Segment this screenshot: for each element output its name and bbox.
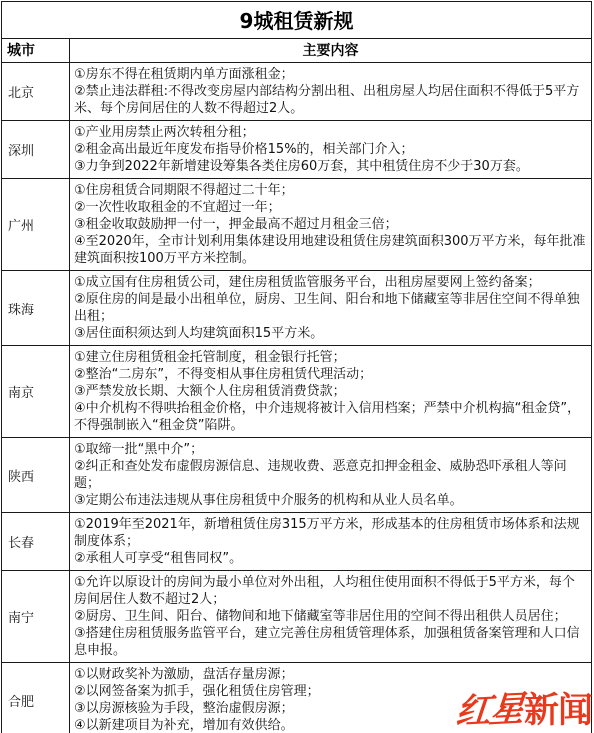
city-label: 北京 (8, 86, 34, 101)
city-label: 长春 (8, 536, 34, 551)
content-cell: ①以财政奖补为激励，盘活存量房源； ②以网签备案为抓手，强化租赁住房管理； ③以… (70, 663, 592, 733)
city-cell: 深圳 (2, 121, 70, 179)
content-cell: ①2019年至2021年，新增租赁住房315万平方米，形成基本的住房租赁市场体系… (70, 513, 592, 571)
city-label: 珠海 (8, 303, 34, 318)
page-title: 9城租赁新规 (2, 2, 592, 39)
content-cell: ①建立住房租赁租金托管制度，租金银行托管； ②整治“二房东”，不得变相从事住房租… (70, 346, 592, 438)
title-row: 9城租赁新规 (2, 2, 592, 39)
city-cell: 南京 (2, 346, 70, 438)
content-cell: ①产业用房禁止两次转租分租； ②租金高出最近年度发布指导价格15%的，相关部门介… (70, 121, 592, 179)
content-text: ①房东不得在租赁期内单方面涨租金； ②禁止违法群租:不得改变房屋内部结构分割出租… (74, 66, 586, 117)
city-label: 南宁 (8, 611, 34, 626)
header-row: 城市 主要内容 (2, 39, 592, 63)
city-cell: 珠海 (2, 271, 70, 346)
content-text: ①允许以原设计的房间为最小单位对外出租，人均租住使用面积不得低于5平方米，每个房… (74, 574, 586, 659)
rental-rules-table: 9城租赁新规 城市 主要内容 北京 ①房东不得在租赁期内单方面涨租金； ②禁止违… (1, 1, 592, 733)
city-label: 南京 (8, 386, 34, 401)
table-row: 合肥 ①以财政奖补为激励，盘活存量房源； ②以网签备案为抓手，强化租赁住房管理；… (2, 663, 592, 733)
content-text: ①以财政奖补为激励，盘活存量房源； ②以网签备案为抓手，强化租赁住房管理； ③以… (74, 666, 586, 733)
city-cell: 合肥 (2, 663, 70, 733)
table-row: 陕西 ①取缔一批“黑中介”； ②纠正和查处发布虚假房源信息、违规收费、恶意克扣押… (2, 438, 592, 513)
column-header-content: 主要内容 (70, 39, 592, 63)
content-cell: ①取缔一批“黑中介”； ②纠正和查处发布虚假房源信息、违规收费、恶意克扣押金租金… (70, 438, 592, 513)
column-header-city: 城市 (2, 39, 70, 63)
city-cell: 长春 (2, 513, 70, 571)
content-text: ①建立住房租赁租金托管制度，租金银行托管； ②整治“二房东”，不得变相从事住房租… (74, 349, 586, 434)
content-cell: ①住房租赁合同期限不得超过二十年； ②一次性收取租金的不宜超过一年； ③租金收取… (70, 179, 592, 271)
content-text: ①取缔一批“黑中介”； ②纠正和查处发布虚假房源信息、违规收费、恶意克扣押金租金… (74, 441, 586, 509)
table-row: 长春 ①2019年至2021年，新增租赁住房315万平方米，形成基本的住房租赁市… (2, 513, 592, 571)
city-cell: 南宁 (2, 571, 70, 663)
table-row: 深圳 ①产业用房禁止两次转租分租； ②租金高出最近年度发布指导价格15%的，相关… (2, 121, 592, 179)
table-row: 珠海 ①成立国有住房租赁公司，建住房租赁监管服务平台，出租房屋要网上签约备案； … (2, 271, 592, 346)
city-label: 合肥 (8, 695, 34, 710)
content-cell: ①成立国有住房租赁公司，建住房租赁监管服务平台，出租房屋要网上签约备案； ②原住… (70, 271, 592, 346)
content-cell: ①允许以原设计的房间为最小单位对外出租，人均租住使用面积不得低于5平方米，每个房… (70, 571, 592, 663)
city-label: 陕西 (8, 470, 34, 485)
table-row: 南宁 ①允许以原设计的房间为最小单位对外出租，人均租住使用面积不得低于5平方米，… (2, 571, 592, 663)
city-cell: 北京 (2, 63, 70, 121)
content-text: ①产业用房禁止两次转租分租； ②租金高出最近年度发布指导价格15%的，相关部门介… (74, 124, 586, 175)
content-text: ①住房租赁合同期限不得超过二十年； ②一次性收取租金的不宜超过一年； ③租金收取… (74, 182, 586, 267)
content-text: ①2019年至2021年，新增租赁住房315万平方米，形成基本的住房租赁市场体系… (74, 516, 586, 567)
city-cell: 广州 (2, 179, 70, 271)
table-row: 广州 ①住房租赁合同期限不得超过二十年； ②一次性收取租金的不宜超过一年； ③租… (2, 179, 592, 271)
table-row: 北京 ①房东不得在租赁期内单方面涨租金； ②禁止违法群租:不得改变房屋内部结构分… (2, 63, 592, 121)
city-label: 广州 (8, 219, 34, 234)
content-cell: ①房东不得在租赁期内单方面涨租金； ②禁止违法群租:不得改变房屋内部结构分割出租… (70, 63, 592, 121)
city-label: 深圳 (8, 144, 34, 159)
city-cell: 陕西 (2, 438, 70, 513)
infographic-page: 9城租赁新规 城市 主要内容 北京 ①房东不得在租赁期内单方面涨租金； ②禁止违… (0, 0, 594, 733)
table-row: 南京 ①建立住房租赁租金托管制度，租金银行托管； ②整治“二房东”，不得变相从事… (2, 346, 592, 438)
content-text: ①成立国有住房租赁公司，建住房租赁监管服务平台，出租房屋要网上签约备案； ②原住… (74, 274, 586, 342)
